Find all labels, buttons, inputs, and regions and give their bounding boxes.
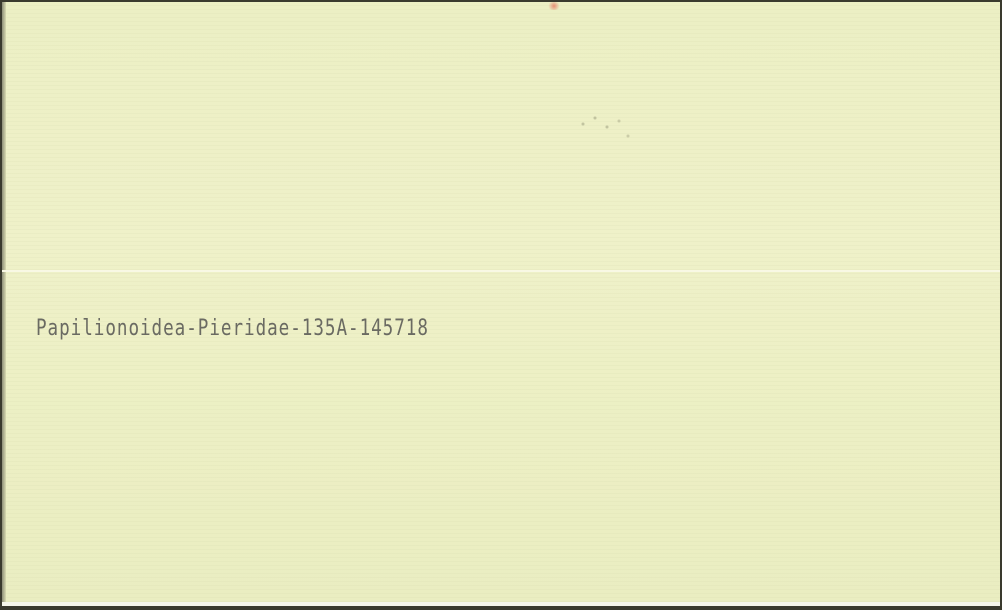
paper-speckle (577, 112, 637, 142)
card-crease (2, 270, 1000, 272)
specimen-label: Papilionoidea-Pieridae-135A-145718 (36, 316, 429, 341)
card-left-edge (2, 2, 6, 606)
card-bottom-edge (2, 602, 1000, 606)
red-ink-mark (547, 2, 561, 10)
index-card: Papilionoidea-Pieridae-135A-145718 (2, 2, 1000, 606)
